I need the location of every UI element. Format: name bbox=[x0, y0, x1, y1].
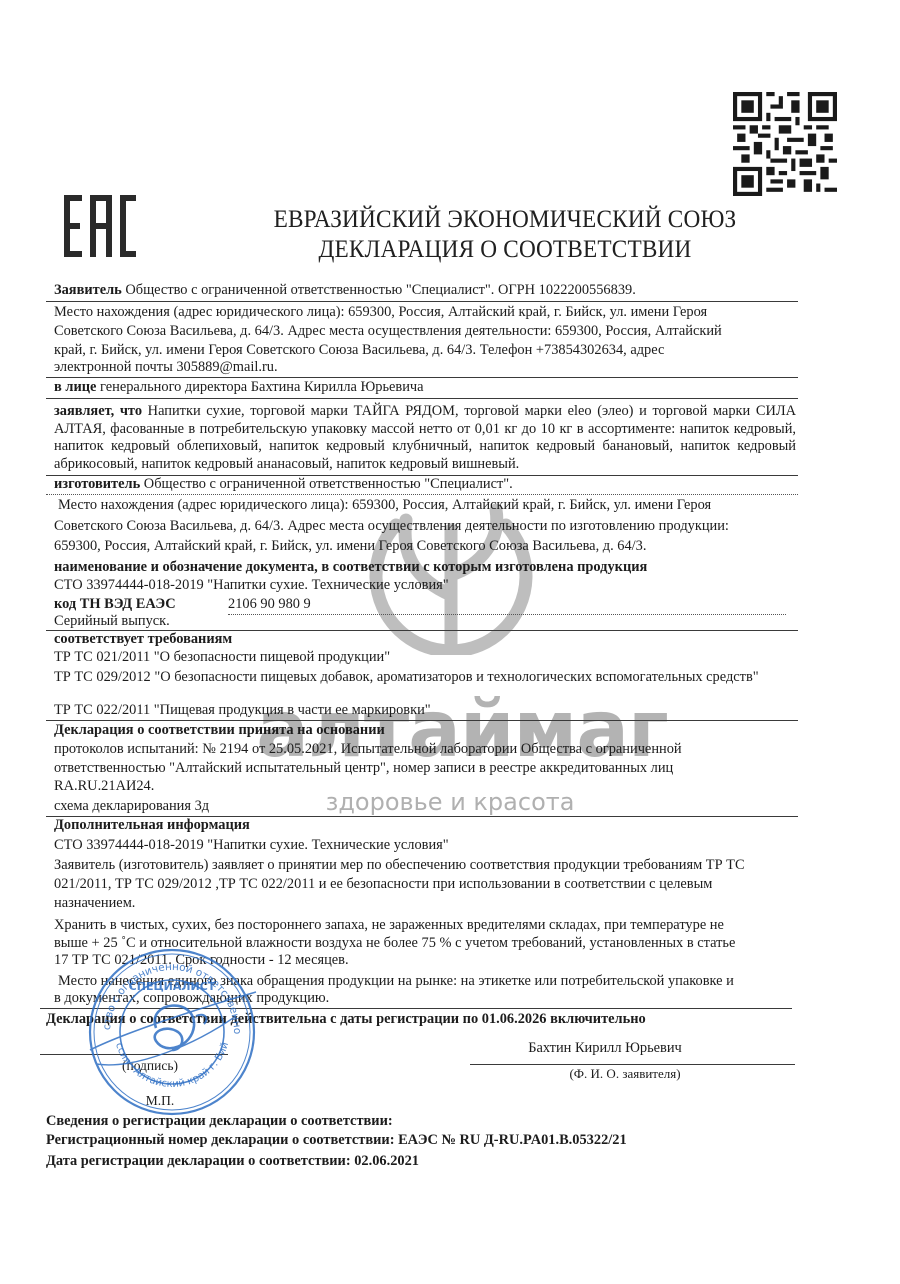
measures-line-2: 021/2011, ТР ТС 029/2012 ,ТР ТС 022/2011… bbox=[54, 876, 712, 893]
basis-line-2: ответственностью "Алтайский испытательны… bbox=[54, 760, 673, 777]
storage-line-1: Хранить в чистых, сухих, без постороннег… bbox=[54, 917, 724, 934]
represented-label: в лице bbox=[54, 379, 96, 395]
declares-label: заявляет, что bbox=[54, 403, 142, 419]
registration-number: Регистрационный номер декларации о соотв… bbox=[46, 1132, 627, 1149]
divider bbox=[46, 720, 798, 721]
declares-text: Напитки сухие, торговой марки ТАЙГА РЯДО… bbox=[54, 403, 796, 472]
manufacturer-row: изготовитель Общество с ограниченной отв… bbox=[54, 476, 513, 493]
divider-dotted bbox=[46, 494, 798, 495]
eac-logo bbox=[62, 195, 138, 257]
tn-ved-label: код ТН ВЭД ЕАЭС bbox=[54, 596, 176, 613]
basis-line-3: RA.RU.21АИ24. bbox=[54, 778, 154, 795]
basis-label: Декларация о соответствии принята на осн… bbox=[54, 722, 385, 739]
divider-dotted bbox=[228, 614, 786, 615]
applicant-text: Общество с ограниченной ответственностью… bbox=[125, 282, 635, 298]
company-stamp: Общество с ограниченной ответственностью… bbox=[86, 946, 258, 1118]
watermark-tagline: здоровье и красота bbox=[300, 788, 600, 816]
applicant-name: Бахтин Кирилл Юрьевич bbox=[460, 1040, 750, 1057]
declaration-page: ЕВРАЗИЙСКИЙ ЭКОНОМИЧЕСКИЙ СОЮЗ ДЕКЛАРАЦИ… bbox=[0, 0, 900, 1284]
divider bbox=[46, 398, 798, 399]
document-value: СТО 33974444-018-2019 "Напитки сухие. Те… bbox=[54, 577, 449, 594]
divider bbox=[46, 377, 798, 378]
title-declaration: ДЕКЛАРАЦИЯ О СООТВЕТСТВИИ bbox=[175, 236, 835, 264]
divider bbox=[46, 301, 798, 302]
name-caption: (Ф. И. О. заявителя) bbox=[470, 1066, 780, 1082]
represented-text: генерального директора Бахтина Кирилла Ю… bbox=[100, 379, 424, 395]
release-type: Серийный выпуск. bbox=[54, 613, 170, 630]
manufacturer-text: Общество с ограниченной ответственностью… bbox=[144, 476, 513, 492]
manufacturer-address-2: Советского Союза Васильева, д. 64/3. Адр… bbox=[54, 518, 729, 535]
applicant-label: Заявитель bbox=[54, 282, 122, 298]
applicant-address-4: электронной почты 305889@mail.ru. bbox=[54, 359, 278, 376]
applicant-address-1: Место нахождения (адрес юридического лиц… bbox=[54, 304, 707, 321]
registration-date: Дата регистрации декларации о соответств… bbox=[46, 1153, 419, 1170]
stamp-center-text: СПЕЦИАЛИСТ bbox=[129, 980, 216, 993]
declares-paragraph: заявляет, что Напитки сухие, торговой ма… bbox=[54, 403, 796, 473]
requirement-item: ТР ТС 022/2011 "Пищевая продукция в част… bbox=[54, 702, 431, 719]
represented-row: в лице генерального директора Бахтина Ки… bbox=[54, 379, 424, 396]
manufacturer-address-3: 659300, Россия, Алтайский край, г. Бийск… bbox=[54, 538, 646, 555]
declaration-scheme: схема декларирования 3д bbox=[54, 798, 209, 815]
title-union: ЕВРАЗИЙСКИЙ ЭКОНОМИЧЕСКИЙ СОЮЗ bbox=[175, 206, 835, 234]
manufacturer-address-1: Место нахождения (адрес юридического лиц… bbox=[58, 497, 711, 514]
tn-ved-value: 2106 90 980 9 bbox=[228, 596, 311, 613]
additional-standard: СТО 33974444-018-2019 "Напитки сухие. Те… bbox=[54, 837, 449, 854]
requirement-item: ТР ТС 029/2012 "О безопасности пищевых д… bbox=[54, 669, 759, 686]
qr-code-icon bbox=[733, 92, 837, 196]
measures-line-1: Заявитель (изготовитель) заявляет о прин… bbox=[54, 857, 745, 874]
requirements-label: соответствует требованиям bbox=[54, 631, 232, 648]
name-line bbox=[470, 1064, 795, 1065]
manufacturer-label: изготовитель bbox=[54, 476, 140, 492]
measures-line-3: назначением. bbox=[54, 895, 135, 912]
applicant-address-3: край, г. Бийск, ул. имени Героя Советско… bbox=[54, 342, 664, 359]
requirement-item: ТР ТС 021/2011 "О безопасности пищевой п… bbox=[54, 649, 390, 666]
applicant-row: Заявитель Общество с ограниченной ответс… bbox=[54, 282, 636, 299]
additional-label: Дополнительная информация bbox=[54, 817, 250, 834]
applicant-address-2: Советского Союза Васильева, д. 64/3. Адр… bbox=[54, 323, 722, 340]
document-label: наименование и обозначение документа, в … bbox=[54, 559, 647, 576]
basis-line-1: протоколов испытаний: № 2194 от 25.05.20… bbox=[54, 741, 682, 758]
